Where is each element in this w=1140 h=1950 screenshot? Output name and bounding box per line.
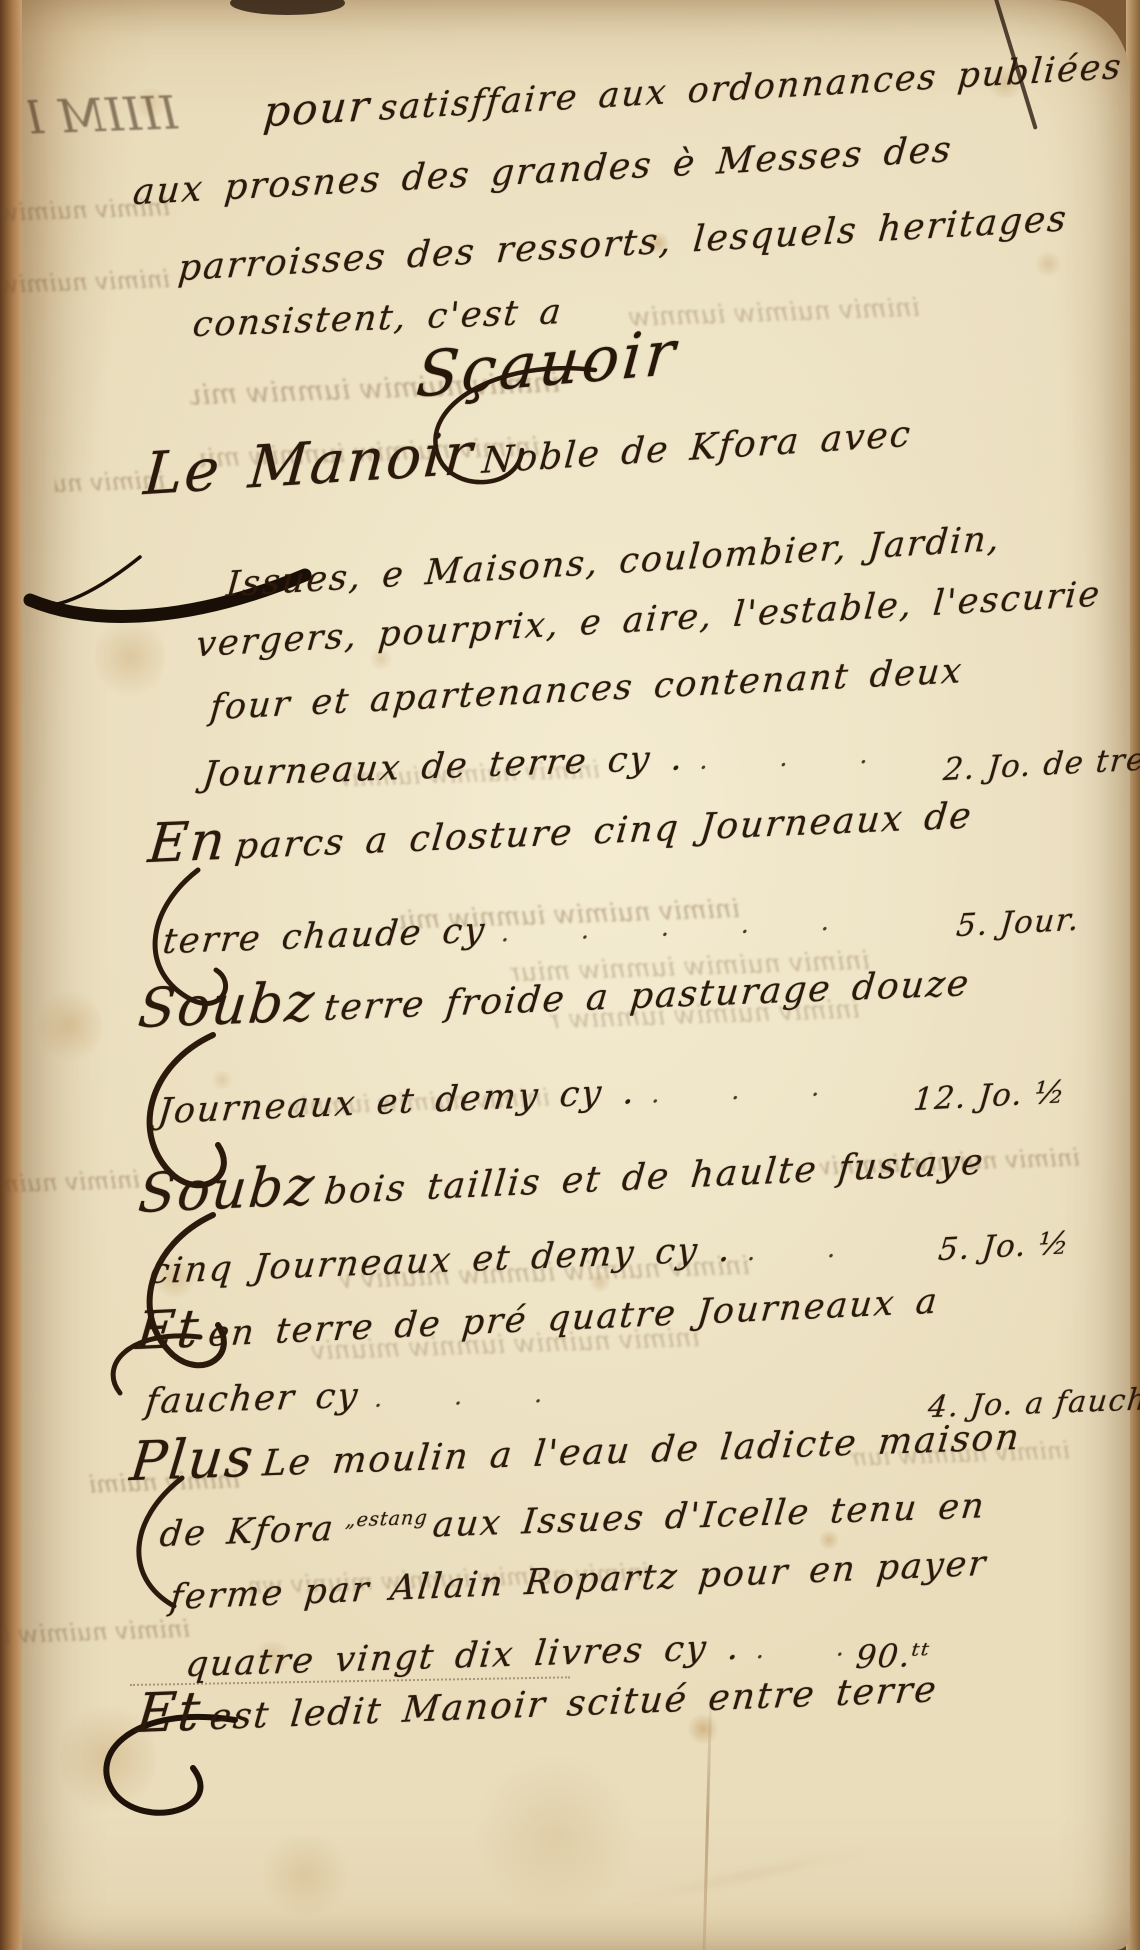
interline-insertion: „estang bbox=[344, 1506, 429, 1532]
leader-dots: . . . bbox=[699, 739, 894, 775]
line-lead-word: Et bbox=[133, 1679, 205, 1745]
line-lead-word: En bbox=[146, 809, 230, 876]
line-lead-word: pour bbox=[262, 81, 373, 136]
line-lead-word: Plus bbox=[127, 1426, 258, 1494]
line-text: de Kfora bbox=[158, 1509, 337, 1555]
bleedthrough-ink: inimiv nuimiw iumniw miuniv wniumi ivmui… bbox=[0, 265, 170, 299]
margin-amount: 5. Jo. ½ bbox=[937, 1225, 1072, 1268]
margin-amount: 5. Jour. bbox=[955, 902, 1082, 945]
line-lead-word: Soubz bbox=[135, 970, 319, 1040]
line-lead-word: Et bbox=[134, 1298, 203, 1362]
leader-dots: . . bbox=[755, 1632, 870, 1665]
margin-amount: 90.ᵗᵗ bbox=[854, 1635, 932, 1676]
leader-dots: . . . bbox=[373, 1378, 568, 1412]
leader-dots: . . . bbox=[651, 1071, 846, 1108]
bleedthrough-ink: IIIIM IIIl llll bbox=[27, 85, 179, 144]
leader-dots: . . bbox=[746, 1233, 861, 1266]
line-text: faucher cy bbox=[143, 1376, 361, 1422]
bleedthrough-ink: inimiv nuimiw iumniw miuniv wniumi ivmui… bbox=[0, 1166, 140, 1199]
manuscript-photo: IIIIM IIIl llll inimiv nuimiw iumniw miu… bbox=[0, 0, 1140, 1950]
line-lead-word: Soubz bbox=[136, 1154, 319, 1225]
margin-amount: 4. Jo. a fauch bbox=[926, 1382, 1140, 1425]
